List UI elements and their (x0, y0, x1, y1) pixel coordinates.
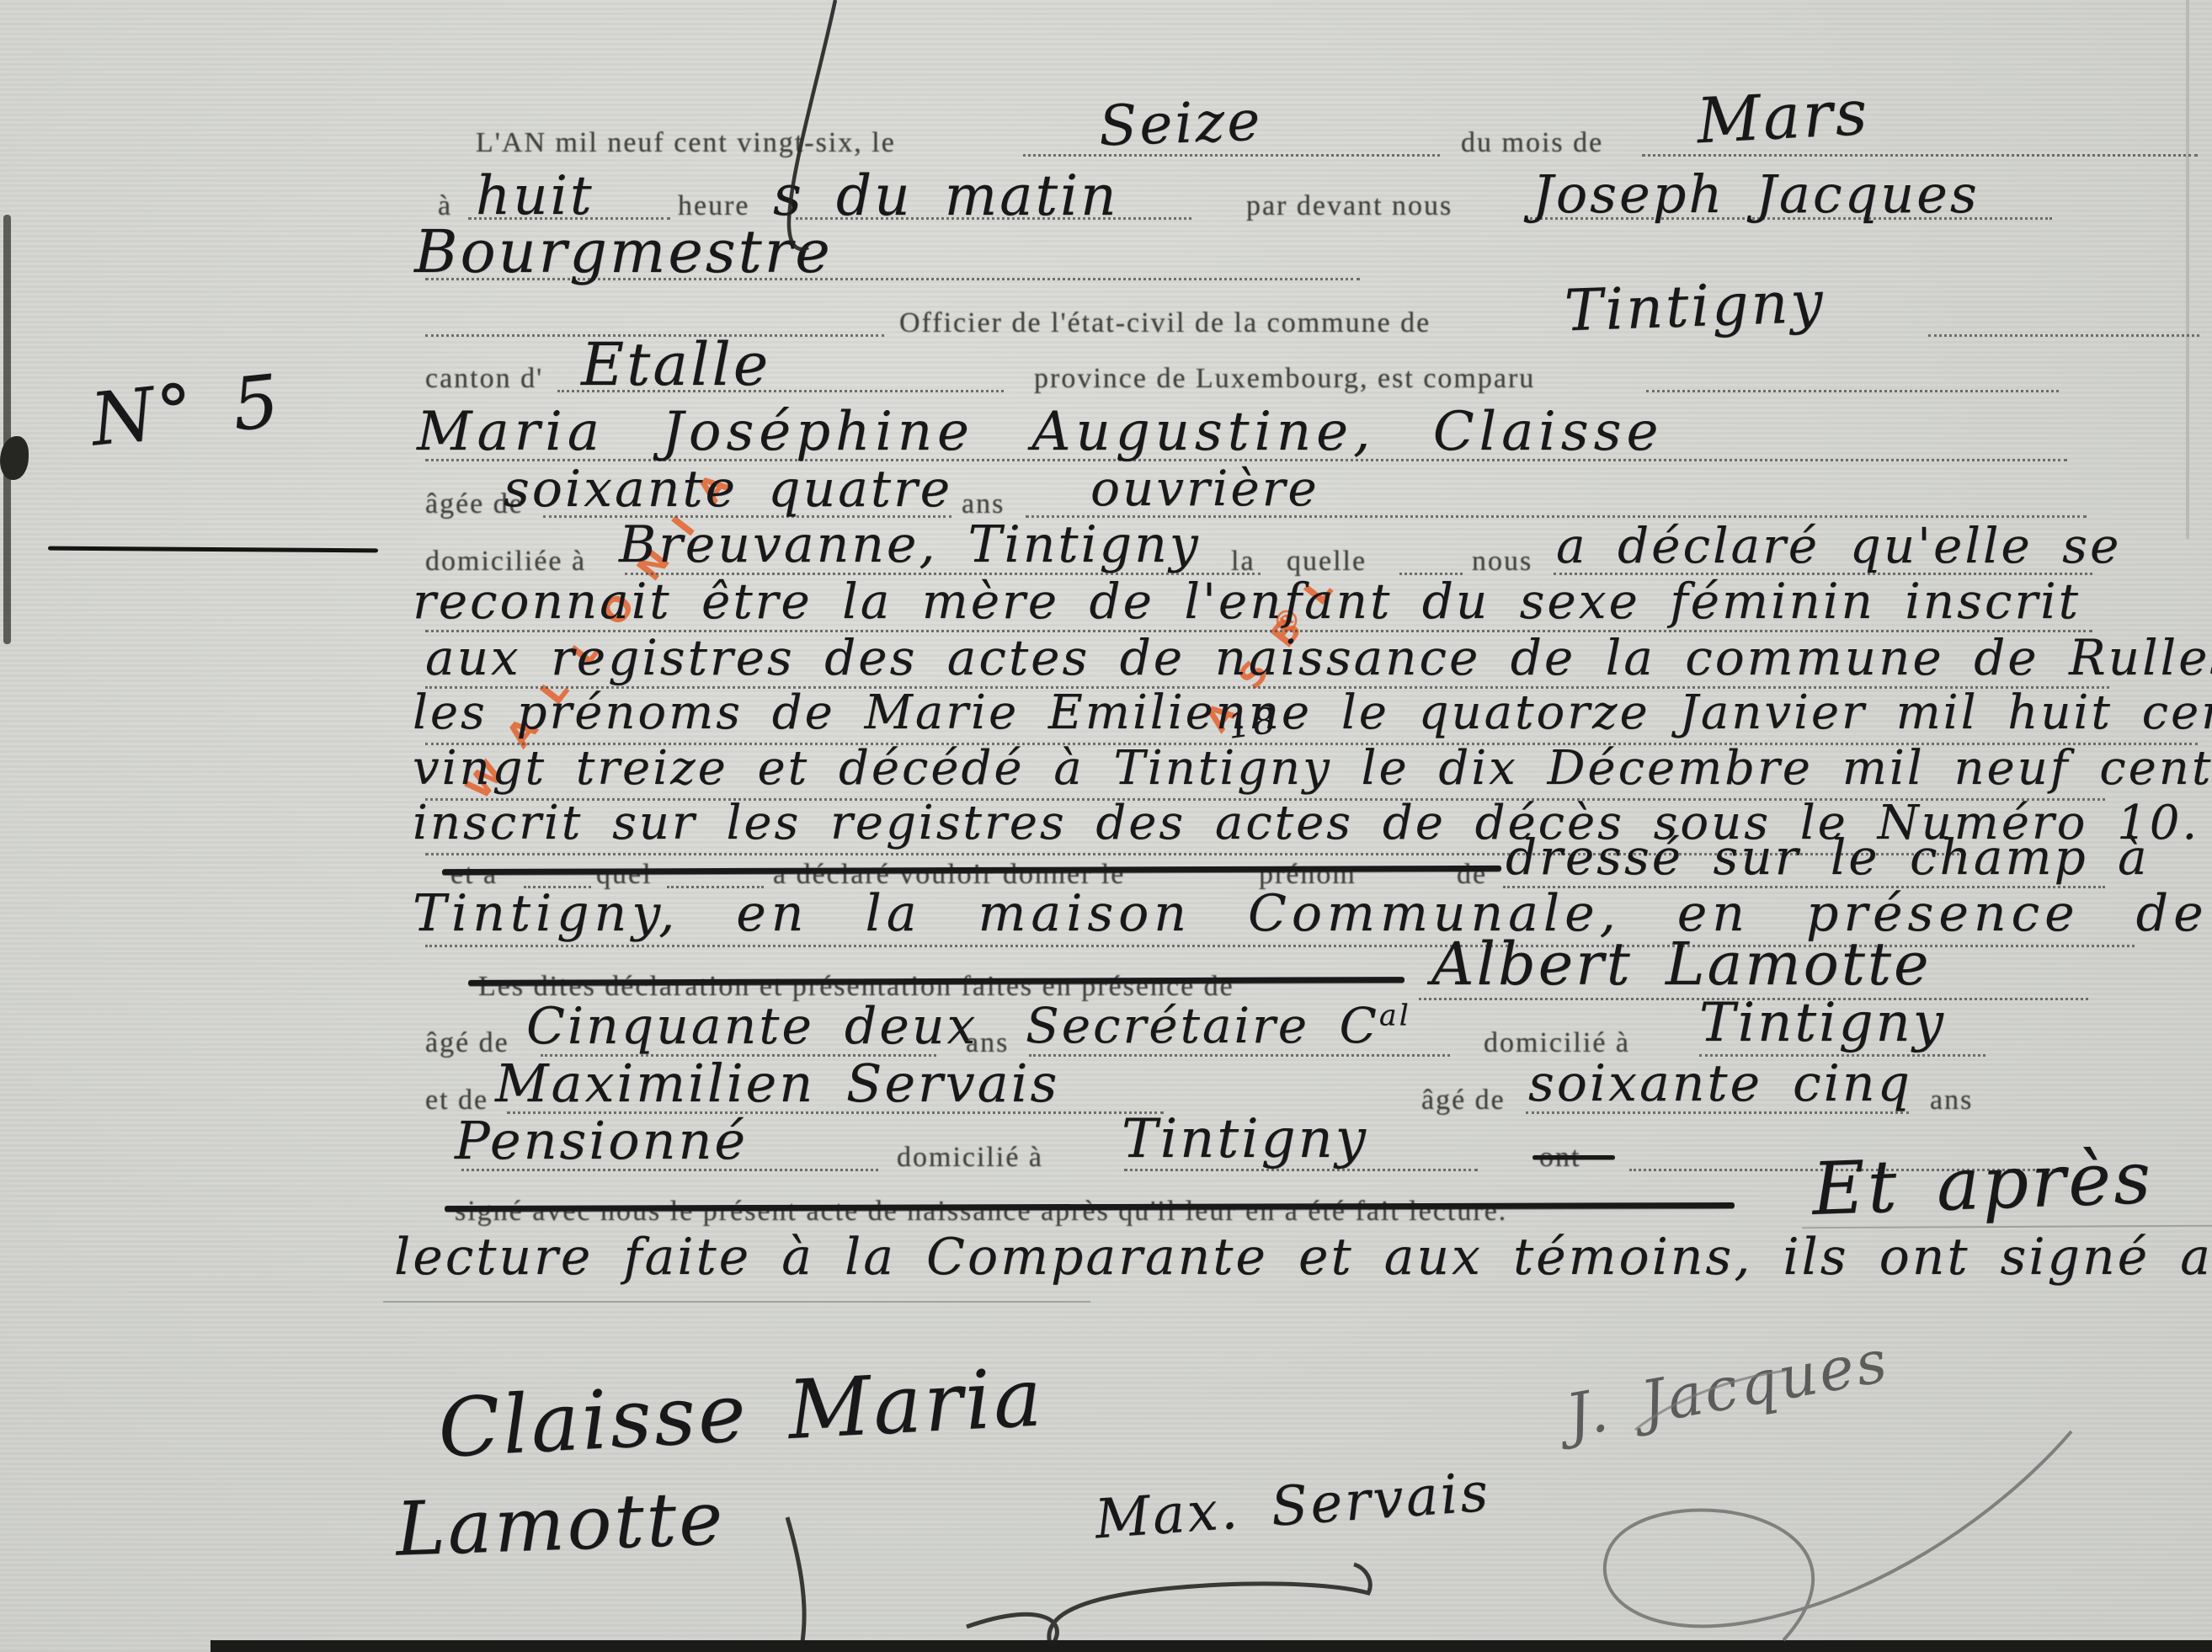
dotted-rule (1928, 334, 2199, 337)
strikethrough-line (1532, 1155, 1615, 1159)
handwritten-age: soixante quatre (504, 460, 952, 519)
handwritten-day: Seize (1098, 88, 1264, 159)
register-page-scan: W A L L O N I A A S B L ® N° 5 L'AN mil … (0, 0, 2212, 1652)
dotted-rule (1646, 390, 2059, 392)
handwritten-commune: Tintigny (1564, 269, 1826, 345)
handwritten-line: aux registres des actes de naissance de … (425, 629, 2212, 686)
handwritten-et-apres: Et après (1810, 1136, 2154, 1232)
margin-rule (48, 546, 378, 553)
handwritten-line: vingt treize et décédé à Tintigny le dix… (413, 741, 2212, 796)
handwritten-witness2-age: soixante cinq (1528, 1054, 1912, 1113)
handwritten-line: les prénoms de Marie Emilienne le quator… (413, 685, 2212, 740)
handwritten-witness1-domicile: Tintigny (1699, 992, 1946, 1054)
handwritten-canton: Etalle (581, 330, 770, 399)
printed-text: par devant nous (1246, 190, 1452, 222)
ink-blot (0, 436, 29, 480)
binding-edge (3, 215, 11, 644)
handwritten-officer-title: Bourgmestre (414, 217, 833, 286)
printed-text-struck: signé avec nous le présent acte de naiss… (455, 1196, 1507, 1228)
handwritten-witness2-domicile: Tintigny (1122, 1108, 1368, 1170)
dotted-rule (1029, 1054, 1450, 1057)
printed-text: Officier de l'état-civil de la commune d… (899, 307, 1431, 339)
printed-text: L'AN mil neuf cent vingt-six, le (476, 127, 896, 159)
printed-text: âgé de (1421, 1084, 1506, 1116)
pencil-rule (383, 1301, 1090, 1303)
handwritten-officer-name: Joseph Jacques (1532, 163, 1980, 225)
handwritten-witness1-profession: Secrétaire Cal (1026, 997, 1411, 1054)
handwritten-inserted-number: 18 (1225, 699, 1281, 747)
margin-act-number: N° 5 (87, 359, 285, 462)
printed-text: du mois de (1461, 127, 1603, 159)
handwritten-profession: ouvrière (1090, 460, 1319, 517)
handwritten-witness2-name: Maximilien Servais (495, 1052, 1059, 1114)
handwritten-witness1-age: Cinquante deux (526, 997, 978, 1056)
handwritten-closing-line: lecture faite à la Comparante et aux tém… (394, 1228, 2212, 1287)
signature-witness1: Lamotte (394, 1474, 726, 1573)
handwritten-declaration-start: a déclaré qu'elle se (1556, 517, 2121, 574)
printed-text: domicilié à (897, 1142, 1043, 1174)
printed-text: province de Luxembourg, est comparu (1034, 363, 1535, 395)
signature-comparante: Claisse Maria (436, 1350, 1047, 1476)
printed-text: ans (1930, 1084, 1973, 1116)
handwritten-month: Mars (1695, 77, 1871, 158)
handwritten-witness1-name: Albert Lamotte (1431, 930, 1931, 999)
handwritten-domicile: Breuvanne, Tintigny (619, 515, 1201, 574)
handwritten-drawn-up: dressé sur le champ à (1506, 829, 2150, 886)
page-bottom-edge (211, 1640, 2212, 1652)
handwritten-comparante-name: Maria Joséphine Augustine, Claisse (417, 401, 1663, 463)
printed-text: canton d' (425, 363, 543, 395)
handwritten-witness2-profession: Pensionné (455, 1110, 748, 1171)
page-fold-line (2186, 0, 2189, 539)
handwritten-line: reconnait être la mère de l'enfant du se… (413, 573, 2081, 630)
handwritten-line: Tintigny, en la maison Communale, en pré… (413, 884, 2209, 943)
signature-officer: J. Jacques (1561, 1326, 1895, 1451)
signature-witness2: Max. Servais (1093, 1462, 1492, 1552)
dotted-rule (1023, 154, 1440, 157)
